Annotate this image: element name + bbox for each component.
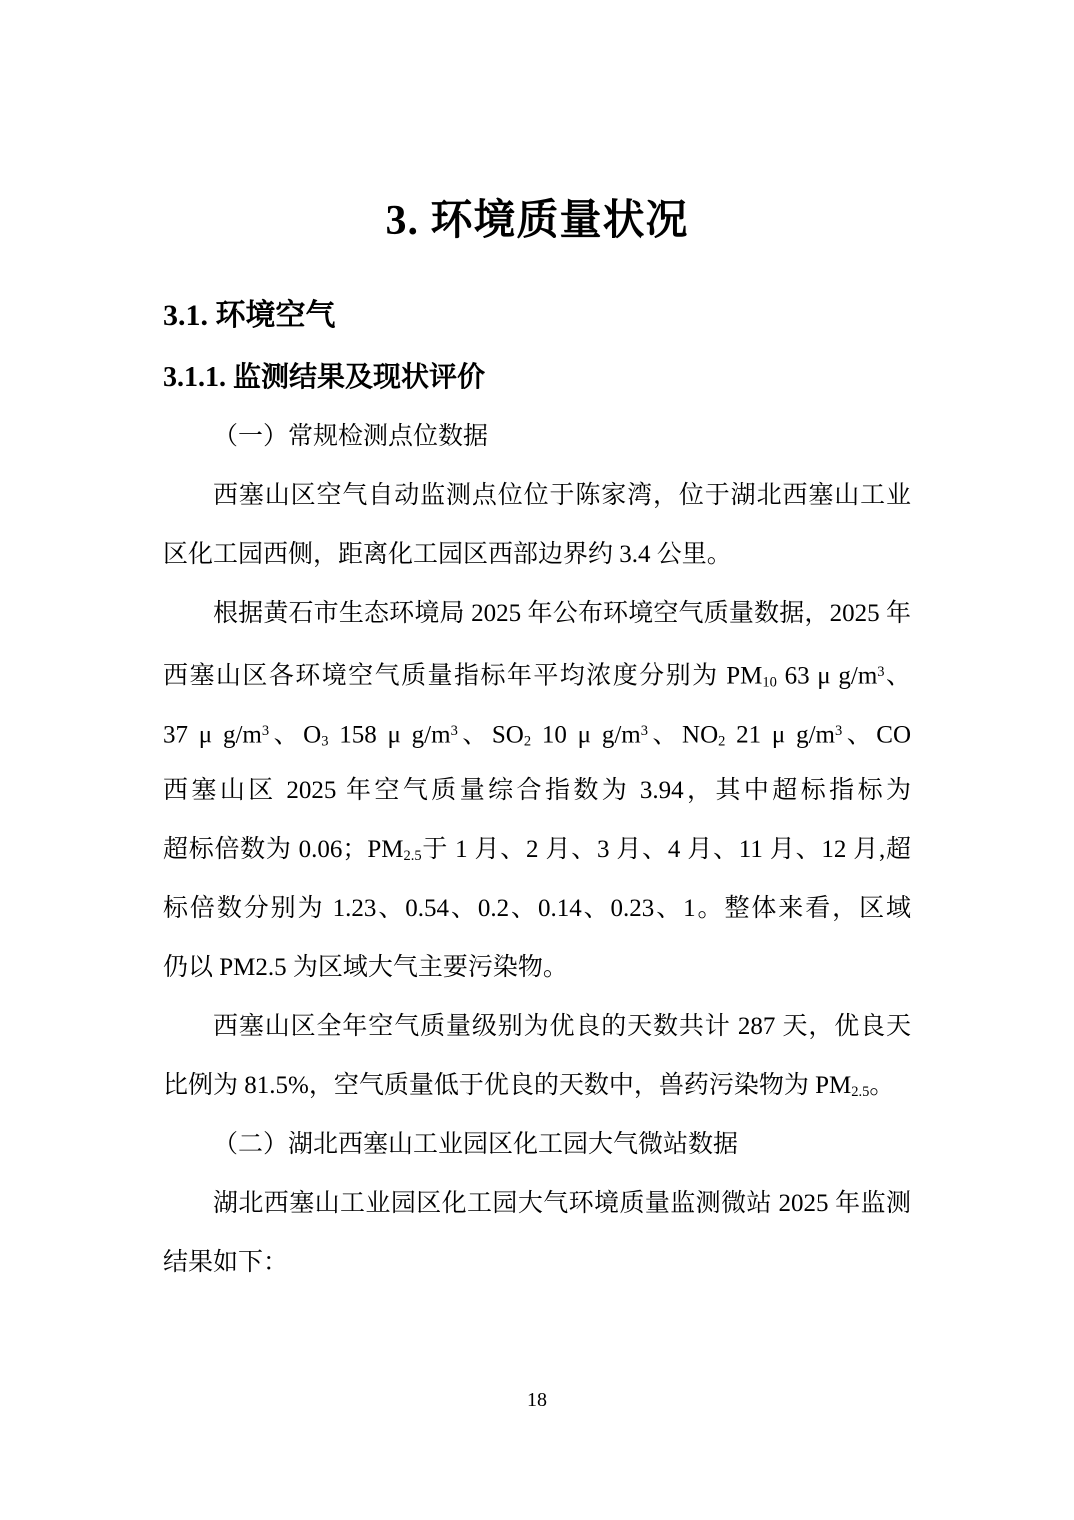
body-line: 西塞山区各环境空气质量指标年平均浓度分别为 PM10 63 μ g/m3、PM2… <box>163 643 911 702</box>
subscript-text: 2.5 <box>404 848 422 864</box>
body-line: 比例为 81.5%，空气质量低于优良的天数中，兽药污染物为 PM2.5。 <box>163 1056 911 1115</box>
text-segment: 、SO <box>458 721 524 748</box>
subscript-text: 10 <box>762 674 777 690</box>
body-line: 区化工园西侧，距离化工园区西部边界约 3.4 公里。 <box>163 525 911 584</box>
body-line: 仍以 PM2.5 为区域大气主要污染物。 <box>163 938 911 997</box>
text-segment: 西塞山区全年空气质量级别为优良的天数共计 287 天，优良天数 <box>163 1013 911 1056</box>
body-line: 37 μ g/m3、O3 158 μ g/m3、SO2 10 μ g/m3、NO… <box>163 702 911 761</box>
subscript-text: 2 <box>524 733 531 749</box>
body-line: 根据黄石市生态环境局 2025 年公布环境空气质量数据，2025 年 <box>163 584 911 643</box>
subsection-heading: 3.1.1. 监测结果及现状评价 <box>163 360 911 396</box>
text-segment: 区化工园西侧，距离化工园区西部边界约 3.4 公里。 <box>163 541 732 568</box>
body-line: 西塞山区 2025 年空气质量综合指数为 3.94，其中超标指标为 PM2.5， <box>163 761 911 820</box>
text-segment: 标倍数分别为 1.23、0.54、0.2、0.14、0.23、1。整体来看，区域 <box>163 895 911 922</box>
page-title: 3. 环境质量状况 <box>163 190 911 252</box>
text-segment: 、O <box>269 721 321 748</box>
body-line: 湖北西塞山工业园区化工园大气环境质量监测微站 2025 年监测 <box>163 1174 911 1233</box>
text-segment: 、NO <box>648 721 718 748</box>
text-segment: 超标倍数为 0.06；PM <box>163 836 404 863</box>
body-line: 西塞山区空气自动监测点位位于陈家湾，位于湖北西塞山工业园 <box>163 466 911 525</box>
text-segment: 。 <box>869 1072 894 1099</box>
text-segment: 于 1 月、2 月、3 月、4 月、11 月、12 月,超 <box>422 836 911 863</box>
text-segment: 21 μ g/m <box>725 721 835 748</box>
text-segment: 湖北西塞山工业园区化工园大气环境质量监测微站 2025 年监测 <box>213 1190 911 1217</box>
text-segment: 根据黄石市生态环境局 2025 年公布环境空气质量数据，2025 年 <box>213 600 911 627</box>
supscript-text: 3 <box>877 664 884 680</box>
section-heading: 3.1. 环境空气 <box>163 298 911 334</box>
subscript-text: 2.5 <box>851 1084 869 1100</box>
body-line: 标倍数分别为 1.23、0.54、0.2、0.14、0.23、1。整体来看，区域 <box>163 879 911 938</box>
text-segment: 结果如下： <box>163 1249 288 1276</box>
page-number: 18 <box>163 1388 911 1412</box>
supscript-text: 3 <box>262 723 269 739</box>
body-line: 超标倍数为 0.06；PM2.5于 1 月、2 月、3 月、4 月、11 月、1… <box>163 820 911 879</box>
text-segment: 63 μ g/m <box>777 662 877 689</box>
supscript-text: 3 <box>641 723 648 739</box>
text-segment: 158 μ g/m <box>328 721 450 748</box>
text-segment: 仍以 PM2.5 为区域大气主要污染物。 <box>163 954 568 981</box>
body-line: （一）常规检测点位数据 <box>163 407 911 466</box>
text-segment: 西塞山区空气自动监测点位位于陈家湾，位于湖北西塞山工业园 <box>163 482 911 525</box>
supscript-text: 3 <box>451 723 458 739</box>
document-body: （一）常规检测点位数据西塞山区空气自动监测点位位于陈家湾，位于湖北西塞山工业园区… <box>163 407 911 1292</box>
body-line: （二）湖北西塞山工业园区化工园大气微站数据 <box>163 1115 911 1174</box>
text-segment: （二）湖北西塞山工业园区化工园大气微站数据 <box>213 1131 738 1158</box>
body-line: 结果如下： <box>163 1233 911 1292</box>
text-segment: 37 μ g/m <box>163 721 262 748</box>
text-segment: （一）常规检测点位数据 <box>213 423 488 450</box>
text-segment: 10 μ g/m <box>531 721 641 748</box>
text-segment: 西塞山区各环境空气质量指标年平均浓度分别为 PM <box>163 662 762 689</box>
text-segment: 比例为 81.5%，空气质量低于优良的天数中，兽药污染物为 PM <box>163 1072 851 1099</box>
text-segment: 西塞山区 2025 年空气质量综合指数为 3.94，其中超标指标为 PM <box>163 777 911 820</box>
body-line: 西塞山区全年空气质量级别为优良的天数共计 287 天，优良天数 <box>163 997 911 1056</box>
document-page: 3. 环境质量状况 3.1. 环境空气 3.1.1. 监测结果及现状评价 （一）… <box>0 0 1074 1520</box>
